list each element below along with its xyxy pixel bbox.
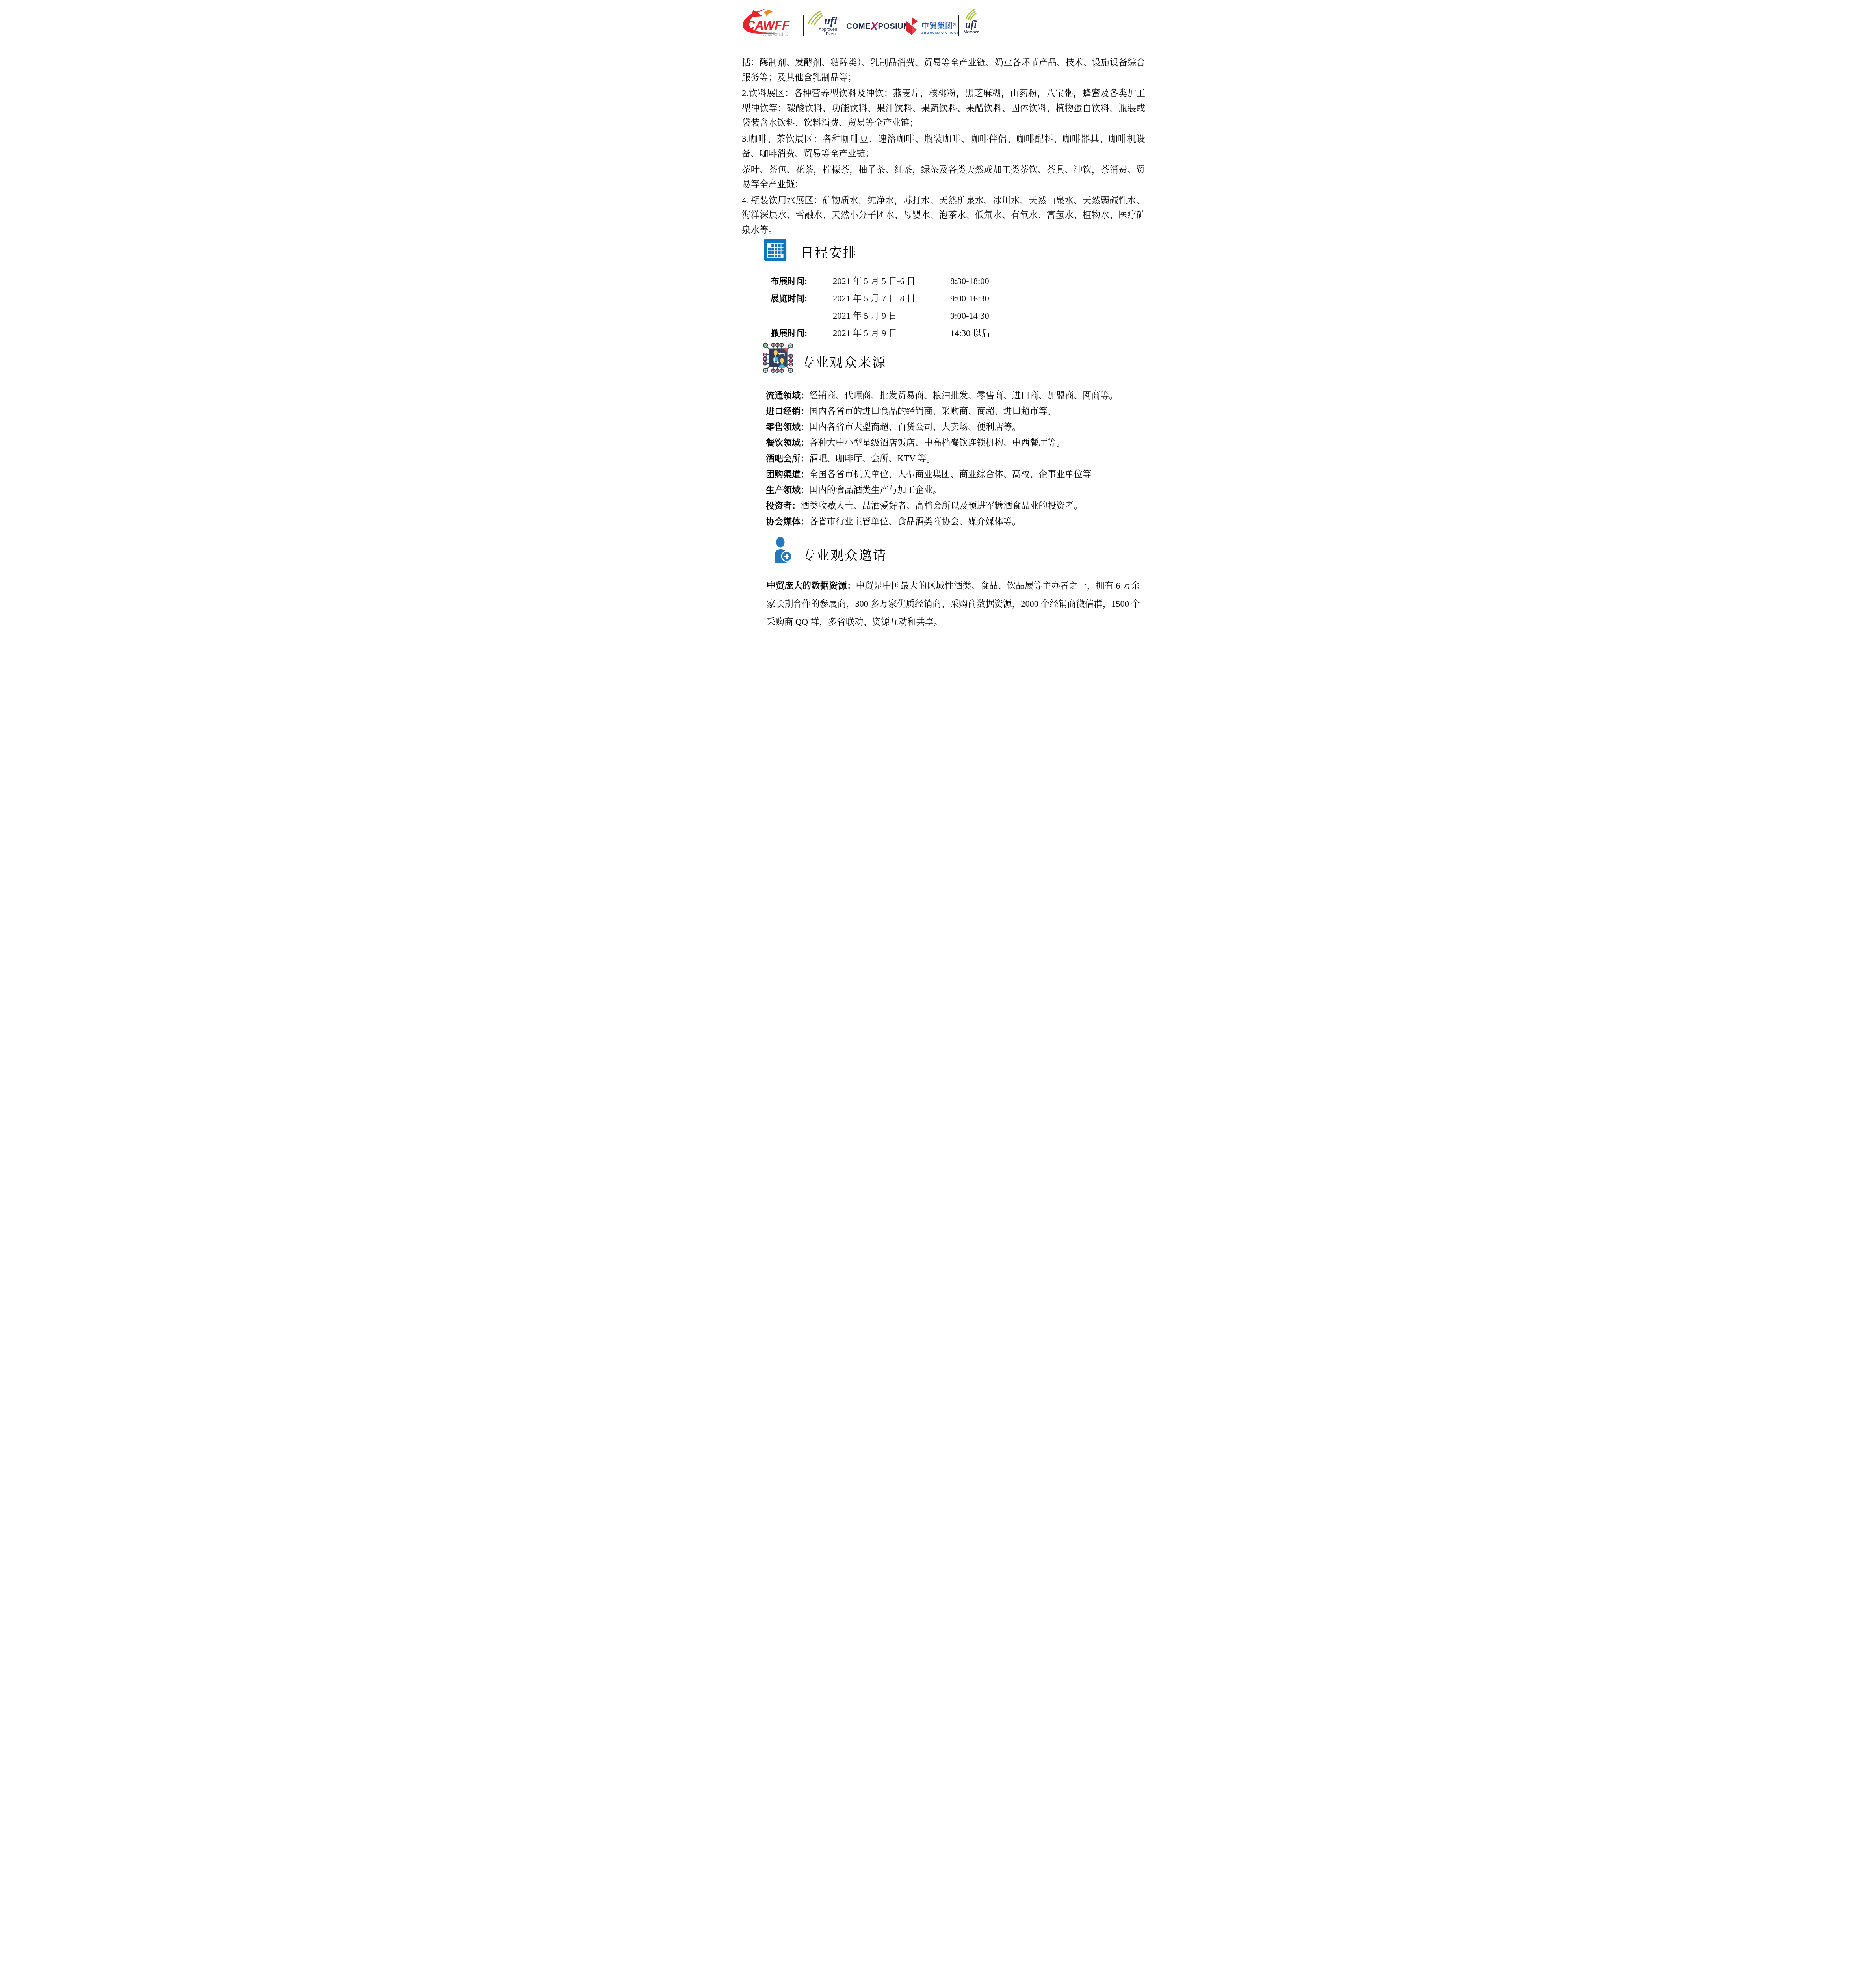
schedule-date: 2021 年 5 月 9 日 (833, 325, 950, 342)
source-label: 餐饮领域： (766, 438, 809, 448)
source-label: 生产领域： (766, 485, 809, 495)
ufi-approved-line2: Event (826, 32, 837, 36)
schedule-time: 9:00-16:30 (950, 290, 989, 307)
zhongmao-cn-name: 中贸集团® (921, 20, 960, 31)
ufi-member-line1: Member (964, 30, 979, 35)
source-text: 各省市行业主管单位、食品酒类商协会、媒介媒体等。 (809, 517, 1021, 526)
schedule-row: 展览时间: 2021 年 5 月 7 日-8 日 9:00-16:30 (771, 290, 1070, 307)
intro-paragraph: 2.饮料展区：各种营养型饮料及冲饮：燕麦片，核桃粉，黑芝麻糊，山药粉，八宝粥，蜂… (742, 86, 1145, 130)
ufi-approved-event-logo: ufi Approved Event (807, 10, 841, 36)
ufi-member-logo: ufi Member (962, 9, 982, 35)
cawff-logo-icon: CAWFF 安徽糖酒会 (739, 9, 795, 37)
document-page: CAWFF 安徽糖酒会 ufi Approved Event COMEXPOSI… (704, 0, 1172, 663)
comex-x-glyph: X (871, 20, 878, 32)
schedule-row: 2021 年 5 月 9 日 9:00-14:30 (771, 307, 1070, 325)
source-item: 流通领域：经销商、代理商、批发贸易商、粮油批发、零售商、进口商、加盟商、网商等。 (766, 388, 1140, 403)
calendar-icon (763, 238, 787, 262)
schedule-time: 14:30 以后 (950, 325, 990, 342)
cawff-logo: CAWFF 安徽糖酒会 (739, 9, 795, 37)
zhongmao-logo: 中贸集团® ZHONGMAO GROUP (905, 17, 960, 35)
schedule-date: 2021 年 5 月 5 日-6 日 (833, 273, 950, 290)
intro-paragraph: 3.咖啡、茶饮展区：各种咖啡豆、速溶咖啡、瓶装咖啡、咖啡伴侣、咖啡配料、咖啡器具… (742, 132, 1145, 161)
ufi-member-brand: ufi (965, 19, 977, 30)
schedule-label (771, 307, 833, 325)
comexposium-logo: COMEXPOSIUM (846, 20, 910, 33)
source-text: 酒类收藏人士、品酒爱好者、高档会所以及预进军糖酒食品业的投资者。 (801, 501, 1083, 511)
audience-network-icon (763, 342, 793, 374)
source-label: 进口经销： (766, 406, 809, 416)
sources-section-title: 专业观众来源 (801, 352, 886, 371)
ufi-approved-brand: ufi (824, 15, 837, 27)
intro-paragraph: 茶叶、茶包、花茶，柠檬茶，柚子茶、红茶，绿茶及各类天然或加工类茶饮、茶具、冲饮，… (742, 162, 1145, 192)
schedule-row: 布展时间: 2021 年 5 月 5 日-6 日 8:30-18:00 (771, 273, 1070, 290)
schedule-label: 撤展时间: (771, 325, 833, 342)
schedule-table: 布展时间: 2021 年 5 月 5 日-6 日 8:30-18:00 展览时间… (771, 273, 1070, 342)
schedule-date: 2021 年 5 月 9 日 (833, 307, 950, 325)
source-label: 投资者： (766, 501, 801, 511)
source-item: 零售领域：国内各省市大型商超、百货公司、大卖场、便利店等。 (766, 419, 1140, 435)
schedule-section-title: 日程安排 (801, 243, 857, 261)
source-text: 经销商、代理商、批发贸易商、粮油批发、零售商、进口商、加盟商、网商等。 (809, 390, 1118, 400)
zhongmao-en-name: ZHONGMAO GROUP (921, 31, 960, 35)
logo-divider (803, 15, 804, 36)
exhibit-zones-text: 括：酶制剂、发酵剂、糖醇类）、乳制品消费、贸易等全产业链、奶业各环节产品、技术、… (742, 55, 1145, 237)
logo-divider (958, 15, 959, 36)
audience-sources-list: 流通领域：经销商、代理商、批发贸易商、粮油批发、零售商、进口商、加盟商、网商等。… (766, 388, 1140, 530)
source-label: 流通领域： (766, 390, 809, 400)
add-user-icon (773, 537, 793, 563)
intro-paragraph: 4. 瓶装饮用水展区：矿物质水，纯净水，苏打水、天然矿泉水、冰川水、天然山泉水、… (742, 193, 1145, 238)
source-text: 全国各省市机关单位、大型商业集团、商业综合体、高校、企事业单位等。 (809, 469, 1100, 479)
source-label: 零售领域： (766, 422, 809, 432)
schedule-time: 8:30-18:00 (950, 273, 989, 290)
schedule-time: 9:00-14:30 (950, 307, 989, 325)
schedule-row: 撤展时间: 2021 年 5 月 9 日 14:30 以后 (771, 325, 1070, 342)
source-text: 各种大中小型星级酒店饭店、中高档餐饮连锁机构、中西餐厅等。 (809, 438, 1065, 448)
intro-paragraph: 括：酶制剂、发酵剂、糖醇类）、乳制品消费、贸易等全产业链、奶业各环节产品、技术、… (742, 55, 1145, 85)
source-item: 进口经销：国内各省市的进口食品的经销商、采购商、商超、进口超市等。 (766, 403, 1140, 419)
comex-left: COME (846, 22, 871, 31)
source-item: 生产领域：国内的食品酒类生产与加工企业。 (766, 482, 1140, 498)
source-item: 团购渠道：全国各省市机关单位、大型商业集团、商业综合体、高校、企事业单位等。 (766, 466, 1140, 482)
source-item: 酒吧会所：酒吧、咖啡厅、会所、KTV 等。 (766, 451, 1140, 466)
ufi-member-leaf-icon: ufi Member (962, 9, 982, 35)
source-item: 餐饮领域：各种大中小型星级酒店饭店、中高档餐饮连锁机构、中西餐厅等。 (766, 435, 1140, 451)
cawff-tagline: 安徽糖酒会 (762, 31, 789, 37)
schedule-date: 2021 年 5 月 7 日-8 日 (833, 290, 950, 307)
source-label: 协会媒体： (766, 517, 809, 526)
ufi-approved-line1: Approved (819, 27, 837, 32)
cawff-wordmark: CAWFF (746, 19, 790, 32)
invite-paragraph: 中贸庞大的数据资源：中贸是中国最大的区域性酒类、食品、饮品展等主办者之一，拥有 … (767, 577, 1140, 631)
registered-mark: ® (953, 23, 956, 27)
invite-lead-label: 中贸庞大的数据资源： (767, 581, 856, 591)
source-text: 酒吧、咖啡厅、会所、KTV 等。 (809, 453, 935, 463)
zhongmao-text-block: 中贸集团® ZHONGMAO GROUP (921, 17, 960, 35)
source-label: 酒吧会所： (766, 453, 809, 463)
ufi-leaf-icon: ufi Approved Event (807, 10, 841, 36)
source-text: 国内各省市的进口食品的经销商、采购商、商超、进口超市等。 (809, 406, 1056, 416)
schedule-label: 展览时间: (771, 290, 833, 307)
zhongmao-emblem-icon (905, 17, 919, 35)
invite-section-title: 专业观众邀请 (802, 545, 887, 564)
source-item: 投资者：酒类收藏人士、品酒爱好者、高档会所以及预进军糖酒食品业的投资者。 (766, 498, 1140, 514)
schedule-label: 布展时间: (771, 273, 833, 290)
source-label: 团购渠道： (766, 469, 809, 479)
source-text: 国内各省市大型商超、百货公司、大卖场、便利店等。 (809, 422, 1021, 432)
source-item: 协会媒体：各省市行业主管单位、食品酒类商协会、媒介媒体等。 (766, 514, 1140, 530)
source-text: 国内的食品酒类生产与加工企业。 (809, 485, 942, 495)
